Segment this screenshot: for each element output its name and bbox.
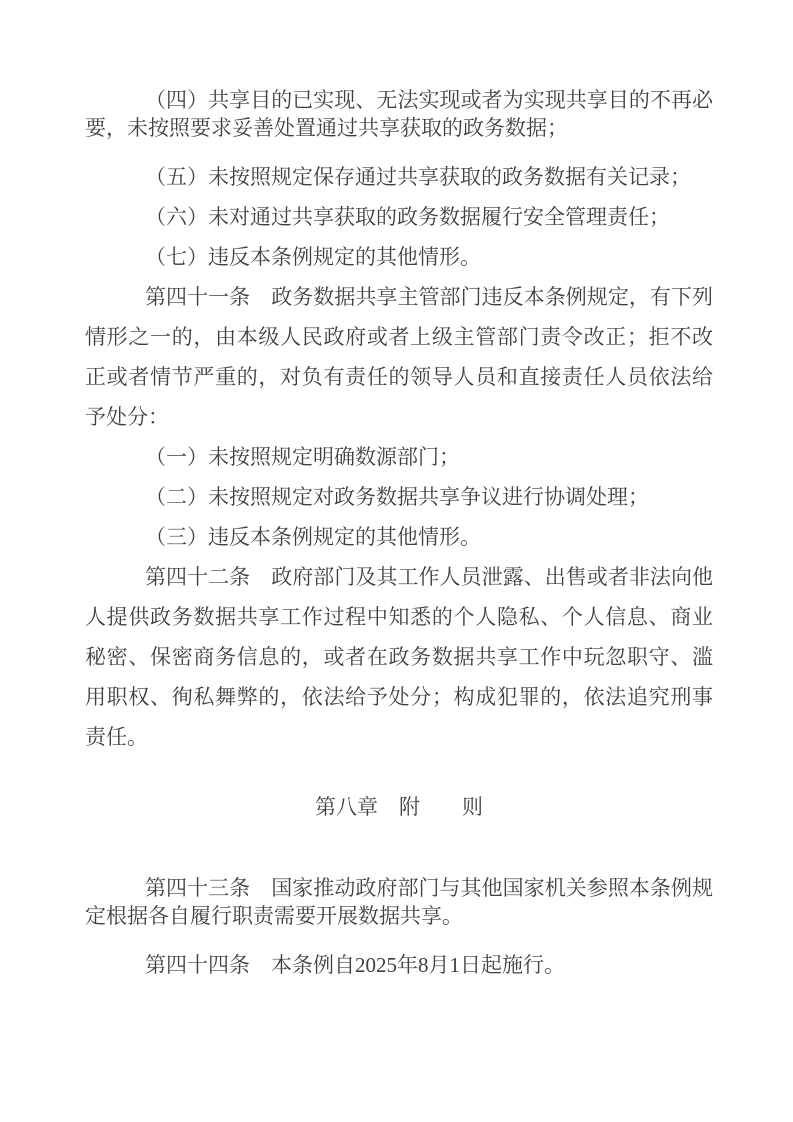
sub-item-1: （一）未按照规定明确数源部门；	[85, 437, 713, 477]
article-44-paragraph: 第四十四条 本条例自2025年8月1日起施行。	[85, 951, 713, 979]
sub-item-3: （三）违反本条例规定的其他情形。	[85, 517, 713, 557]
document-page: （四）共享目的已实现、无法实现或者为实现共享目的不再必要，未按照要求妥善处置通过…	[0, 0, 793, 1122]
chapter-8-heading: 第八章 附 则	[85, 787, 713, 827]
article-43-paragraph: 第四十三条 国家推动政府部门与其他国家机关参照本条例规定根据各自履行职责需要开展…	[85, 874, 713, 930]
clause-item-6: （六）未对通过共享获取的政务数据履行安全管理责任；	[85, 197, 713, 237]
article-41-paragraph: 第四十一条 政务数据共享主管部门违反本条例规定，有下列情形之一的，由本级人民政府…	[85, 277, 713, 437]
clause-item-7: （七）违反本条例规定的其他情形。	[85, 237, 713, 277]
sub-item-2: （二）未按照规定对政务数据共享争议进行协调处理；	[85, 477, 713, 517]
document-content: （四）共享目的已实现、无法实现或者为实现共享目的不再必要，未按照要求妥善处置通过…	[85, 86, 713, 979]
article-42-paragraph: 第四十二条 政府部门及其工作人员泄露、出售或者非法向他人提供政务数据共享工作过程…	[85, 557, 713, 757]
clause-item-5: （五）未按照规定保存通过共享获取的政务数据有关记录；	[85, 157, 713, 197]
clause-item-4: （四）共享目的已实现、无法实现或者为实现共享目的不再必要，未按照要求妥善处置通过…	[85, 86, 713, 142]
